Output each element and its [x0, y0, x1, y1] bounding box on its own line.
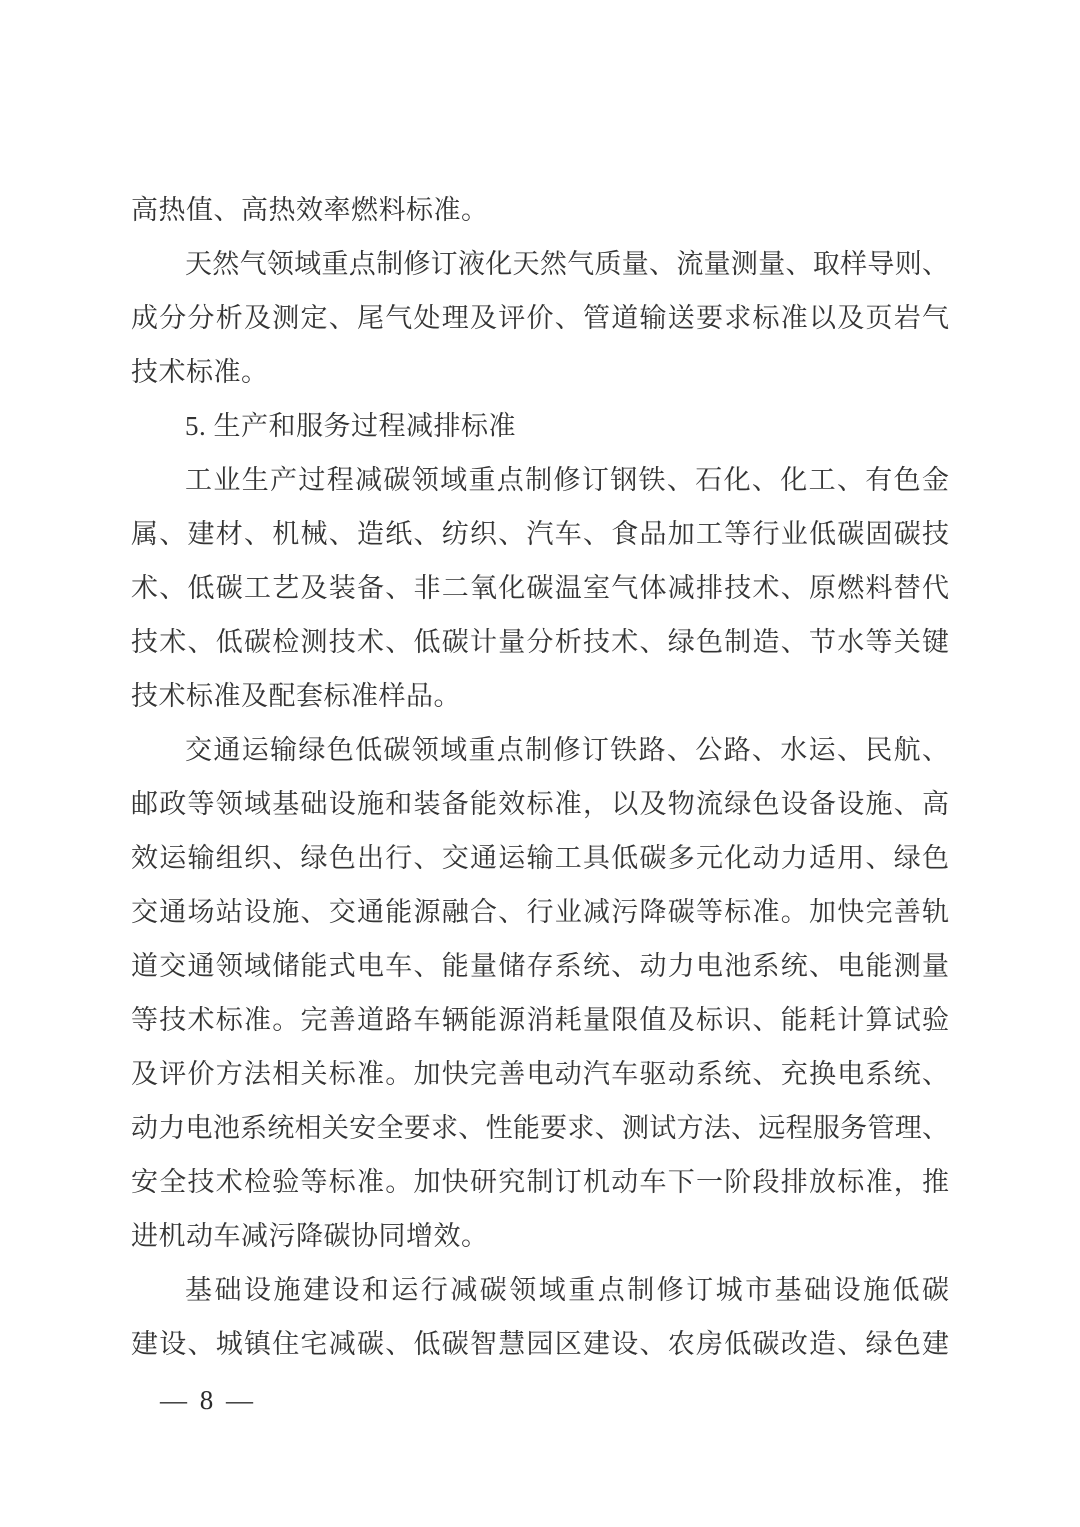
text-line: 及评价方法相关标准。加快完善电动汽车驱动系统、充换电系统、: [131, 1047, 949, 1101]
text-line: 技术、低碳检测技术、低碳计量分析技术、绿色制造、节水等关键: [131, 615, 949, 669]
text-line: 成分分析及测定、尾气处理及评价、管道输送要求标准以及页岩气: [131, 291, 949, 345]
text-line: 建设、城镇住宅减碳、低碳智慧园区建设、农房低碳改造、绿色建: [131, 1317, 949, 1371]
text-line: 交通场站设施、交通能源融合、行业减污降碳等标准。加快完善轨: [131, 885, 949, 939]
paragraph-industrial-production: 工业生产过程减碳领域重点制修订钢铁、石化、化工、有色金属、建材、机械、造纸、纺织…: [131, 453, 949, 723]
paragraph-natural-gas: 天然气领域重点制修订液化天然气质量、流量测量、取样导则、成分分析及测定、尾气处理…: [131, 237, 949, 399]
section-heading: 5. 生产和服务过程减排标准: [131, 399, 949, 453]
document-page: 高热值、高热效率燃料标准。天然气领域重点制修订液化天然气质量、流量测量、取样导则…: [0, 0, 1080, 1527]
text-line: 安全技术检验等标准。加快研究制订机动车下一阶段排放标准，推: [131, 1155, 949, 1209]
text-line: 邮政等领域基础设施和装备能效标准，以及物流绿色设备设施、高: [131, 777, 949, 831]
text-line: 高热值、高热效率燃料标准。: [131, 183, 949, 237]
text-line: 工业生产过程减碳领域重点制修订钢铁、石化、化工、有色金: [131, 453, 949, 507]
section-heading-line: 5. 生产和服务过程减排标准: [131, 399, 949, 453]
text-line: 交通运输绿色低碳领域重点制修订铁路、公路、水运、民航、: [131, 723, 949, 777]
text-line: 道交通领域储能式电车、能量储存系统、动力电池系统、电能测量: [131, 939, 949, 993]
paragraph-infrastructure: 基础设施建设和运行减碳领域重点制修订城市基础设施低碳建设、城镇住宅减碳、低碳智慧…: [131, 1263, 949, 1371]
text-line: 进机动车减污降碳协同增效。: [131, 1209, 949, 1263]
text-line: 属、建材、机械、造纸、纺织、汽车、食品加工等行业低碳固碳技: [131, 507, 949, 561]
text-line: 技术标准及配套标准样品。: [131, 669, 949, 723]
text-line: 等技术标准。完善道路车辆能源消耗量限值及标识、能耗计算试验: [131, 993, 949, 1047]
text-line: 动力电池系统相关安全要求、性能要求、测试方法、远程服务管理、: [131, 1101, 949, 1155]
paragraph-continuation: 高热值、高热效率燃料标准。: [131, 183, 949, 237]
text-line: 技术标准。: [131, 345, 949, 399]
text-line: 基础设施建设和运行减碳领域重点制修订城市基础设施低碳: [131, 1263, 949, 1317]
text-line: 术、低碳工艺及装备、非二氧化碳温室气体减排技术、原燃料替代: [131, 561, 949, 615]
paragraph-transportation: 交通运输绿色低碳领域重点制修订铁路、公路、水运、民航、邮政等领域基础设施和装备能…: [131, 723, 949, 1263]
page-number: — 8 —: [160, 1383, 256, 1417]
text-line: 效运输组织、绿色出行、交通运输工具低碳多元化动力适用、绿色: [131, 831, 949, 885]
paragraph-list: 高热值、高热效率燃料标准。天然气领域重点制修订液化天然气质量、流量测量、取样导则…: [131, 183, 949, 1371]
document-body: 高热值、高热效率燃料标准。天然气领域重点制修订液化天然气质量、流量测量、取样导则…: [131, 183, 949, 1371]
text-line: 天然气领域重点制修订液化天然气质量、流量测量、取样导则、: [131, 237, 949, 291]
